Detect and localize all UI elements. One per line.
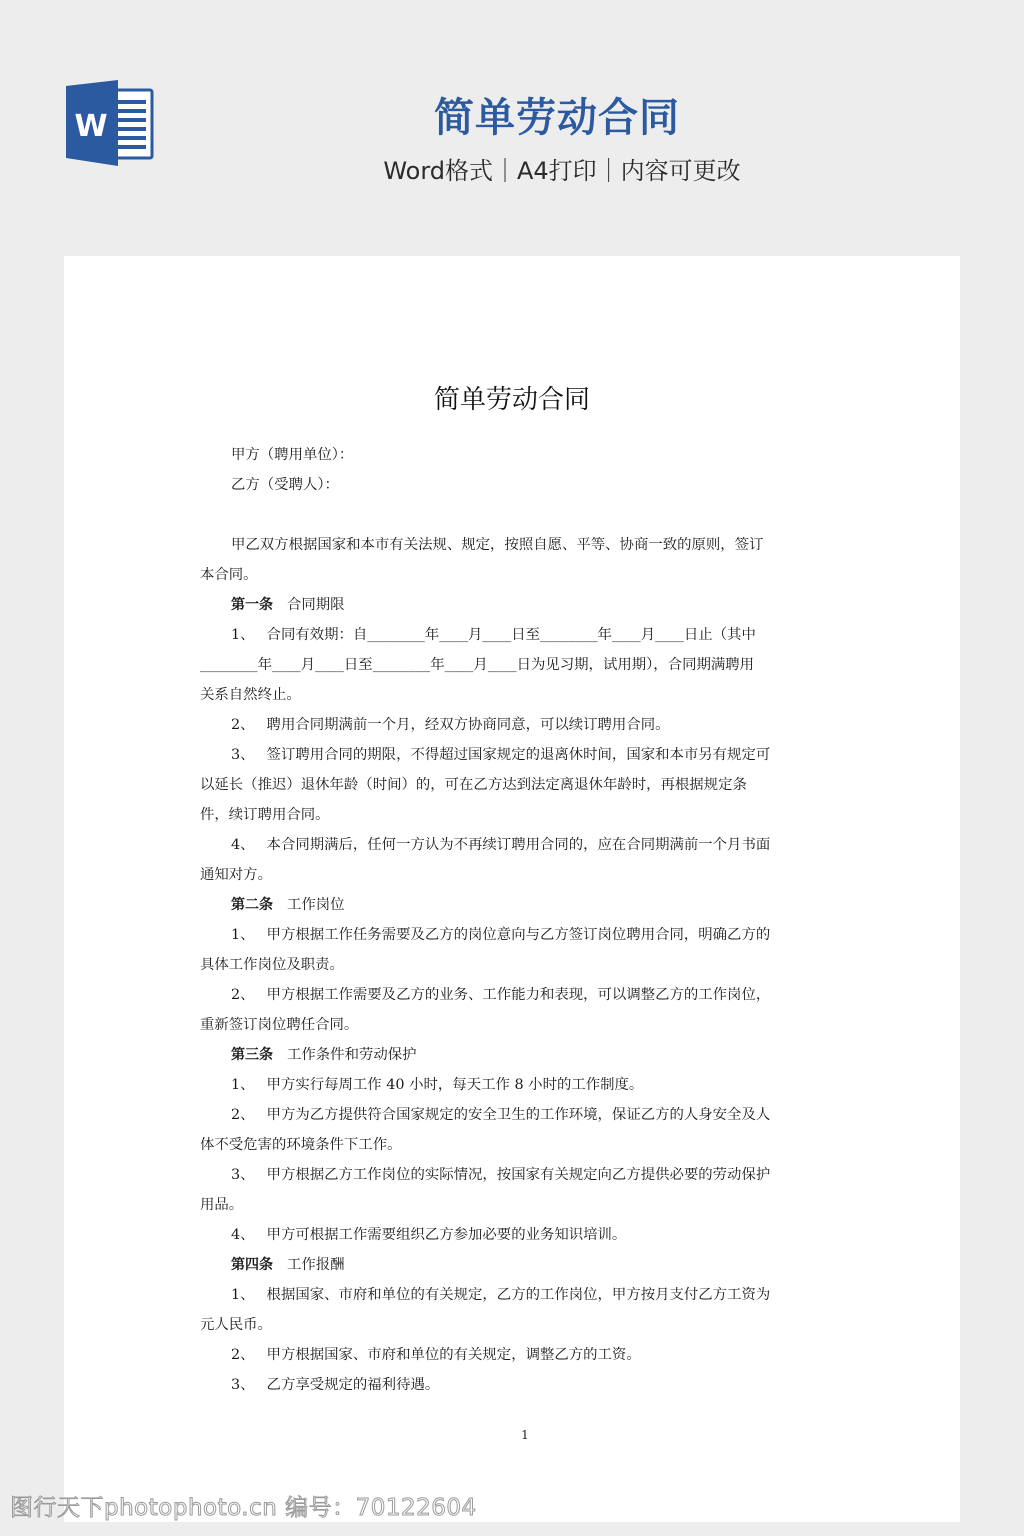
clause-number: 2、 [231,717,267,733]
clause-line: 件，续订聘用合同。 [200,800,826,830]
clause-number: 1、 [231,627,267,643]
clause-number: 2、 [231,987,267,1003]
clause-line: 通知对方。 [200,860,826,890]
article-heading: 第二条工作岗位 [200,890,826,920]
clause-line: ________年____月____日至________年____月____日为… [200,650,826,680]
clause-line: 4、本合同期满后，任何一方认为不再续订聘用合同的，应在合同期满前一个月书面 [200,830,826,860]
preamble-line: 本合同。 [200,560,826,590]
clause-number: 2、 [231,1347,267,1363]
clause-line: 1、甲方根据工作任务需要及乙方的岗位意向与乙方签订岗位聘用合同，明确乙方的 [200,920,826,950]
clause-number: 2、 [231,1107,267,1123]
clause-line: 1、甲方实行每周工作 40 小时，每天工作 8 小时的工作制度。 [200,1070,826,1100]
clause-number: 4、 [231,837,267,853]
article-name: 合同期限 [273,597,345,613]
clause-line: 1、根据国家、市府和单位的有关规定，乙方的工作岗位，甲方按月支付乙方工资为 [200,1280,826,1310]
clause-number: 3、 [231,1167,267,1183]
article-heading: 第一条合同期限 [200,590,826,620]
banner-subtitle: Word格式｜A4打印｜内容可更改 [0,154,1024,188]
clause-line: 3、签订聘用合同的期限，不得超过国家规定的退离休时间，国家和本市另有规定可 [200,740,826,770]
clause-line: 4、甲方可根据工作需要组织乙方参加必要的业务知识培训。 [200,1220,826,1250]
clause-text: 签订聘用合同的期限，不得超过国家规定的退离休时间，国家和本市另有规定可 [267,747,771,763]
clause-number: 1、 [231,1077,267,1093]
blank-line [200,500,826,530]
clause-line: 3、乙方享受规定的福利待遇。 [200,1370,826,1400]
article-name: 工作报酬 [273,1257,345,1273]
clause-line: 2、聘用合同期满前一个月，经双方协商同意，可以续订聘用合同。 [200,710,826,740]
clause-line: 体不受危害的环境条件下工作。 [200,1130,826,1160]
clause-text: 甲方根据乙方工作岗位的实际情况，按国家有关规定向乙方提供必要的劳动保护 [267,1167,771,1183]
party-a-line: 甲方（聘用单位）： [200,440,826,470]
clause-text: 本合同期满后，任何一方认为不再续订聘用合同的，应在合同期满前一个月书面 [267,837,771,853]
banner-title: 简单劳动合同 [0,92,1024,144]
clause-text: 甲方可根据工作需要组织乙方参加必要的业务知识培训。 [267,1227,627,1243]
clause-line: 1、合同有效期：自________年____月____日至________年__… [200,620,826,650]
clause-number: 3、 [231,1377,267,1393]
document-title: 简单劳动合同 [64,380,960,420]
clause-number: 1、 [231,1287,267,1303]
article-number: 第四条 [231,1257,273,1273]
article-number: 第二条 [231,897,273,913]
clause-line: 2、甲方根据工作需要及乙方的业务、工作能力和表现，可以调整乙方的工作岗位， [200,980,826,1010]
clause-text: 合同有效期：自________年____月____日至________年____… [267,627,756,643]
article-number: 第一条 [231,597,273,613]
clause-line: 用品。 [200,1190,826,1220]
article-number: 第三条 [231,1047,273,1063]
clause-line: 以延长（推迟）退休年龄（时间）的，可在乙方达到法定离退休年龄时，再根据规定条 [200,770,826,800]
clause-text: 甲方为乙方提供符合国家规定的安全卫生的工作环境，保证乙方的人身安全及人 [267,1107,771,1123]
clause-text: 甲方根据国家、市府和单位的有关规定，调整乙方的工资。 [267,1347,641,1363]
clause-line: 元人民币。 [200,1310,826,1340]
clause-text: 甲方根据工作需要及乙方的业务、工作能力和表现，可以调整乙方的工作岗位， [267,987,771,1003]
clause-text: 甲方根据工作任务需要及乙方的岗位意向与乙方签订岗位聘用合同，明确乙方的 [267,927,771,943]
banner-header: W 简单劳动合同 Word格式｜A4打印｜内容可更改 [0,0,1024,256]
clause-text: 乙方享受规定的福利待遇。 [267,1377,440,1393]
article-name: 工作条件和劳动保护 [273,1047,417,1063]
clause-line: 关系自然终止。 [200,680,826,710]
clause-line: 2、甲方为乙方提供符合国家规定的安全卫生的工作环境，保证乙方的人身安全及人 [200,1100,826,1130]
bottom-margin [0,1522,1024,1536]
clause-line: 3、甲方根据乙方工作岗位的实际情况，按国家有关规定向乙方提供必要的劳动保护 [200,1160,826,1190]
page-number: 1 [64,1428,986,1442]
clause-line: 2、甲方根据国家、市府和单位的有关规定，调整乙方的工资。 [200,1340,826,1370]
party-b-line: 乙方（受聘人）： [200,470,826,500]
document-page: 简单劳动合同 甲方（聘用单位）： 乙方（受聘人）： 甲乙双方根据国家和本市有关法… [64,256,960,1522]
clause-number: 4、 [231,1227,267,1243]
document-body: 甲方（聘用单位）： 乙方（受聘人）： 甲乙双方根据国家和本市有关法规、规定，按照… [200,440,826,1400]
clause-text: 聘用合同期满前一个月，经双方协商同意，可以续订聘用合同。 [267,717,670,733]
preamble-line: 甲乙双方根据国家和本市有关法规、规定，按照自愿、平等、协商一致的原则，签订 [200,530,826,560]
clause-number: 1、 [231,927,267,943]
article-heading: 第四条工作报酬 [200,1250,826,1280]
clause-line: 具体工作岗位及职责。 [200,950,826,980]
watermark-text: 图行天下photophoto.cn 编号：70122604 [10,1493,477,1523]
clause-line: 重新签订岗位聘任合同。 [200,1010,826,1040]
clause-text: 甲方实行每周工作 40 小时，每天工作 8 小时的工作制度。 [267,1077,644,1093]
clause-text: 根据国家、市府和单位的有关规定，乙方的工作岗位，甲方按月支付乙方工资为 [267,1287,771,1303]
article-name: 工作岗位 [273,897,345,913]
clause-number: 3、 [231,747,267,763]
article-heading: 第三条工作条件和劳动保护 [200,1040,826,1070]
